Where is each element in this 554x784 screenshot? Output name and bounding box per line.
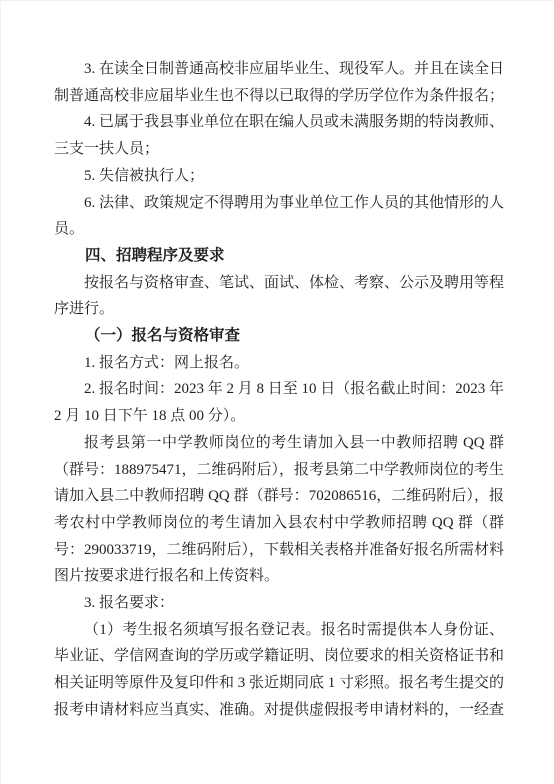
clause-5: 5. 失信被执行人； bbox=[54, 163, 504, 190]
item-registration-time: 2. 报名时间：2023 年 2 月 8 日至 10 日（报名截止时间：2023… bbox=[54, 376, 504, 429]
item-registration-requirements: 3. 报名要求： bbox=[54, 590, 504, 617]
item-registration-method: 1. 报名方式：网上报名。 bbox=[54, 350, 504, 377]
text-block: 3. 在读全日制普通高校非应届毕业生、现役军人。并且在读全日制普通高校非应届毕业… bbox=[54, 56, 504, 724]
section-intro: 按报名与资格审查、笔试、面试、体检、考察、公示及聘用等程序进行。 bbox=[54, 270, 504, 323]
clause-6: 6. 法律、政策规定不得聘用为事业单位工作人员的其他情形的人员。 bbox=[54, 190, 504, 243]
clause-3: 3. 在读全日制普通高校非应届毕业生、现役军人。并且在读全日制普通高校非应届毕业… bbox=[54, 56, 504, 109]
qq-group-info: 报考县第一中学教师岗位的考生请加入县一中教师招聘 QQ 群（群号：1889754… bbox=[54, 430, 504, 590]
subsection-heading-registration-review: （一）报名与资格审查 bbox=[54, 323, 504, 350]
requirement-1: （1）考生报名须填写报名登记表。报名时需提供本人身份证、毕业证、学信网查询的学历… bbox=[54, 617, 504, 724]
section-heading-recruitment-procedure: 四、招聘程序及要求 bbox=[54, 243, 504, 270]
clause-4: 4. 已属于我县事业单位在职在编人员或未满服务期的特岗教师、三支一扶人员； bbox=[54, 109, 504, 162]
document-page: { "page": { "background_color": "#ffffff… bbox=[0, 0, 554, 784]
